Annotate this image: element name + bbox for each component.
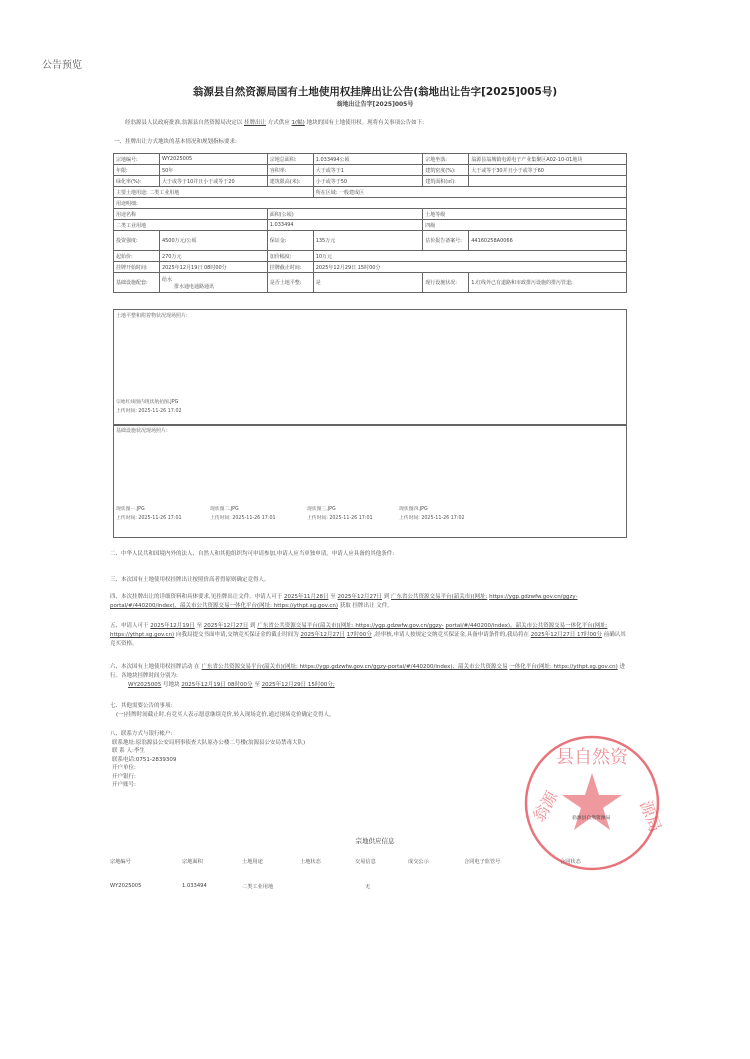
infra-photos-box: 基础设施状况现场照片: 现状图一.JPG 上传时间: 2025-11-26 17… (113, 424, 627, 538)
infra-photo-file[interactable]: 现状图三.JPG 上传时间: 2025-11-26 17:01 (307, 505, 373, 523)
intro-count: 1(幅) (292, 120, 305, 126)
table-row: 挂牌开始时间: 2025年12月19日 08时00分 挂牌截止时间: 2025年… (114, 262, 627, 273)
section-1-title: 一、挂牌出让方式地块的基本情况和规划指标要求: (114, 137, 237, 145)
ground-photo-name[interactable]: 宗地红线图内现状航拍图.JPG (116, 398, 182, 407)
s5-deadline-time: 17时00分 (347, 632, 372, 638)
leveled: 是 (313, 273, 423, 293)
increment-label: 加价幅度: (267, 251, 313, 262)
section-6: 六、本次国有土地使用权挂牌活动 在 广东省公共资源交易平台(韶关市)(网址: h… (110, 663, 630, 690)
total-area: 1.033494公顷 (313, 154, 423, 165)
build-area-label: 建筑面积(㎡): (423, 176, 469, 187)
zone-cell: 所在区域: 一般建成区 (313, 187, 626, 198)
intro-middle: 方式供应 (268, 120, 290, 126)
appraisal-label: 估价报告备案号: (423, 231, 469, 251)
infra-photo-name[interactable]: 现状图四.JPG (399, 505, 465, 514)
start-price: 270万元 (159, 251, 267, 262)
s5-date-end: 2025年12月27日 (204, 623, 249, 629)
contact-block: 八、联系方式与银行帐户: 联系地址:原翁源县公安局刑事侦查大队原办公楼二号楼(翁… (110, 730, 305, 790)
main-use-cell: 主要土地用途: 二类工业用地 (114, 187, 314, 198)
infra-line-2: 排水通电通路通讯 (162, 283, 265, 290)
infra-photo-name[interactable]: 现状图三.JPG (307, 505, 373, 514)
section-2: 二、中华人民共和国境内外的法人、自然人和其他组织均可申请参加,申请人应当单独申请… (110, 550, 630, 559)
height: 小于或等于50 (313, 176, 423, 187)
supply-area: 1.033494 (182, 883, 207, 889)
location-label: 宗地坐落: (423, 154, 469, 165)
listing-end: 2025年12月29日 15时00分 (313, 262, 626, 273)
use-detail-label: 用途明细: (114, 198, 627, 209)
supply-header: 交易信息 (355, 858, 376, 865)
official-seal-icon: 县自然资 翁源 源局 (522, 733, 662, 873)
green-label: 绿化率(%): (114, 176, 160, 187)
s6-platform-link[interactable]: 广东省公共资源交易平台(韶关市)(网址: https://ygp.gdzwfw.… (202, 664, 508, 670)
infra-cell: 给水 排水通电通路通讯 (159, 273, 267, 293)
supply-header: 合同状态 (560, 858, 581, 865)
s4-date-end: 2025年12月27日 (338, 594, 383, 600)
s4-text: 四、本次挂牌出让的详细资料和具体要求,见挂牌出让文件。申请人可于 (110, 594, 282, 600)
increment: 10万元 (313, 251, 626, 262)
invest-label: 投资强度: (114, 231, 160, 251)
table-row: 投资强度: 4500万元/公顷 保证金: 135万元 估价报告备案号: 4416… (114, 231, 627, 251)
density-label: 建筑密度(%): (423, 165, 469, 176)
s5-mid2: ,经审核,申请人按规定交纳竞买保证金,具备申请条件的,我局将在 (373, 632, 529, 638)
intro-suffix: 地块的国有土地使用权。现将有关事项公告如下: (307, 120, 424, 126)
supply-header: 宗地编号 (110, 858, 131, 865)
seal-text: 翁源县自然资源局 (572, 814, 610, 821)
section-7-title: 七、其他需要公告的事项: (110, 702, 630, 711)
appraisal: 44160258A0066 (469, 231, 627, 251)
infra-photo-file[interactable]: 现状图四.JPG 上传时间: 2025-11-26 17:02 (399, 505, 465, 523)
s5-confirm-time: 2025年12月27日 17时00分 (531, 632, 602, 638)
use-name-header: 用途名称 (114, 209, 268, 220)
contact-title: 八、联系方式与银行帐户: (110, 730, 305, 739)
infra-photo-time: 上传时间: 2025-11-26 17:01 (210, 514, 276, 523)
parcel-no: WY2025005 (159, 154, 267, 165)
ground-photos-title: 土地平整和附着物状况现场照片: (116, 312, 188, 319)
infra-photo-file[interactable]: 现状图一.JPG 上传时间: 2025-11-26 17:01 (116, 505, 182, 523)
table-row: 宗地编号: WY2025005 宗地总面积: 1.033494公顷 宗地坐落: … (114, 154, 627, 165)
s4-date-start: 2025年11月28日 (284, 594, 329, 600)
term-label: 年限: (114, 165, 160, 176)
use-area: 1.033494 (267, 220, 423, 231)
ground-photo-time: 上传时间: 2025-11-26 17:02 (116, 407, 182, 416)
location: 翁源县翁城镇电源电子产业集聚区A02-10-01地块 (469, 154, 627, 165)
infra-label: 基础设施配套: (114, 273, 160, 293)
start-price-label: 起始价: (114, 251, 160, 262)
far-label: 容积率: (267, 165, 313, 176)
intro-method: 挂牌出让 (244, 120, 266, 126)
account-bank: 开户银行: (110, 773, 305, 782)
s5-platform-link[interactable]: 广东省公共资源交易平台(韶关市)(网址: https://ygp.gdzwfw.… (257, 623, 444, 629)
supply-header: 宗地面积 (182, 858, 203, 865)
main-use: 二类工业用地 (149, 190, 179, 196)
table-row: 起始价: 270万元 加价幅度: 10万元 (114, 251, 627, 262)
use-name: 二类工业用地 (114, 220, 268, 231)
s5-at: 到 (250, 623, 256, 629)
current-facility: 1.红线外已有道路和市政排污设施的排污管道; (469, 273, 627, 293)
deposit-label: 保证金: (267, 231, 313, 251)
listing-start: 2025年12月19日 08时00分 (159, 262, 267, 273)
table-row: 主要土地用途: 二类工业用地 所在区域: 一般建成区 (114, 187, 627, 198)
s6-platform2-link[interactable]: 一体化平台(网址: https://ythpt.sg.gov.cn) (509, 664, 617, 670)
s5-text: 五、申请人可于 (110, 623, 149, 629)
deposit: 135万元 (313, 231, 423, 251)
s5-date-start: 2025年12月19日 (150, 623, 195, 629)
table-row: 基础设施配套: 给水 排水通电通路通讯 是否土地平整: 是 现行设施状况: 1.… (114, 273, 627, 293)
s5-to: 至 (197, 623, 203, 629)
term: 50年 (159, 165, 267, 176)
zone-label: 所在区域: (316, 190, 338, 196)
infra-photo-name[interactable]: 现状图一.JPG (116, 505, 182, 514)
section-3: 三、本次国有土地使用权挂牌出让按照价高者得原则确定竞得人。 (110, 576, 630, 585)
infra-photo-file[interactable]: 现状图二.JPG 上传时间: 2025-11-26 17:01 (210, 505, 276, 523)
total-area-label: 宗地总面积: (267, 154, 313, 165)
table-row: 用途名称 面积(公顷) 土地等级 (114, 209, 627, 220)
current-facility-label: 现行设施状况: (423, 273, 469, 293)
s6-parcel: WY2025005 (128, 682, 161, 688)
s6-end: 2025年12月29日 15时00分; (262, 682, 335, 688)
section-7-item-1: (一)挂牌时间截止时,有竞买人表示愿意继续竞价,转入现场竞价,通过现场竞价确定竞… (116, 711, 636, 720)
s6-start: 2025年12月19日 08时00分 (181, 682, 252, 688)
listing-end-label: 挂牌截止时间: (267, 262, 313, 273)
infra-line-1: 给水 (162, 276, 265, 283)
supply-parcel-no: WY2025005 (110, 883, 141, 889)
contact-person: 联 系 人:李生 (110, 747, 305, 756)
supply-header: 成交公示 (408, 858, 429, 865)
table-row: 绿化率(%): 大于或等于10并且小于或等于20 建筑限高(米): 小于或等于5… (114, 176, 627, 187)
infra-photo-time: 上传时间: 2025-11-26 17:01 (116, 514, 182, 523)
infra-photo-name[interactable]: 现状图二.JPG (210, 505, 276, 514)
invest: 4500万元/公顷 (159, 231, 267, 251)
account-number: 开户账号: (110, 781, 305, 790)
land-grade-header: 土地等级 (423, 209, 627, 220)
supply-use: 二类工业用地 (242, 883, 273, 890)
s4-to: 至 (330, 594, 336, 600)
supply-header: 土地用途 (242, 858, 263, 865)
leveled-label: 是否土地平整: (267, 273, 313, 293)
table-row: 用途明细: (114, 198, 627, 209)
s6-text: 六、本次国有土地使用权挂牌活动 在 (110, 664, 200, 670)
supply-header: 合同电子监管号 (464, 858, 500, 865)
section-4: 四、本次挂牌出让的详细资料和具体要求,见挂牌出让文件。申请人可于 2025年11… (110, 593, 630, 611)
document-title: 翁源县自然资源局国有土地使用权挂牌出让公告(翁地出让告字[2025]005号) (0, 84, 750, 99)
s4-end: 获取 挂牌出让 文件。 (340, 603, 393, 609)
height-label: 建筑限高(米): (267, 176, 313, 187)
account-unit: 开户单位: (110, 764, 305, 773)
s6-parcel-suffix: 号地块 (163, 682, 180, 688)
infra-photos-title: 基础设施状况现场照片: (116, 427, 168, 434)
svg-text:翁源: 翁源 (529, 787, 562, 825)
supply-info-title: 宗地供应信息 (0, 836, 750, 845)
section-5: 五、申请人可于 2025年12月19日 至 2025年12月27日 到 广东省公… (110, 622, 630, 649)
green: 大于或等于10并且小于或等于20 (159, 176, 267, 187)
supply-trade-info: 无 (365, 883, 370, 890)
ground-photos-box: 土地平整和附着物状况现场照片: 宗地红线图内现状航拍图.JPG 上传时间: 20… (113, 309, 627, 426)
far: 大于或等于1 (313, 165, 423, 176)
parcel-no-label: 宗地编号: (114, 154, 160, 165)
infra-photo-time: 上传时间: 2025-11-26 17:01 (307, 514, 373, 523)
use-area-header: 面积(公顷) (267, 209, 423, 220)
parcel-info-table: 宗地编号: WY2025005 宗地总面积: 1.033494公顷 宗地坐落: … (113, 153, 627, 293)
document-subtitle: 翁地出让告字[2025]005号 (0, 99, 750, 108)
table-row: 二类工业用地 1.033494 四级 (114, 220, 627, 231)
contact-phone: 联系电话:0751-2839309 (110, 756, 305, 765)
listing-start-label: 挂牌开始时间: (114, 262, 160, 273)
s4-at: 到 (384, 594, 390, 600)
s4-platform-link[interactable]: 广东省公共资源交易平台(韶关市)(网址: (391, 594, 487, 600)
contact-address: 联系地址:原翁源县公安局刑事侦查大队原办公楼二号楼(翁源县公安局禁毒大队) (110, 739, 305, 748)
s6-to: 至 (254, 682, 260, 688)
supply-header: 土地状态 (300, 858, 321, 865)
preview-label: 公告预览 (42, 56, 82, 71)
table-row: 年限: 50年 容积率: 大于或等于1 建筑密度(%): 大于或等于30并且小于… (114, 165, 627, 176)
land-grade: 四级 (423, 220, 627, 231)
zone: 一般建成区 (339, 190, 364, 196)
density: 大于或等于30并且小于或等于60 (469, 165, 627, 176)
intro-prefix: 经翁源县人民政府批准,翁源县自然资源局决定以 (125, 120, 242, 126)
svg-text:县自然资: 县自然资 (556, 747, 629, 768)
build-area (469, 176, 627, 187)
s5-mid: 向我局提交书面申请,交纳竞买保证金的截止时间为 (176, 632, 299, 638)
intro-paragraph: 经翁源县人民政府批准,翁源县自然资源局决定以 挂牌出让 方式供应 1(幅) 地块… (125, 118, 424, 126)
infra-photo-time: 上传时间: 2025-11-26 17:02 (399, 514, 465, 523)
main-use-label: 主要土地用途: (116, 190, 148, 196)
s6-schedule: WY2025005 号地块 2025年12月19日 08时00分 至 2025年… (110, 681, 630, 690)
s5-deadline: 2025年12月27日 (300, 632, 345, 638)
ground-photo-file[interactable]: 宗地红线图内现状航拍图.JPG 上传时间: 2025-11-26 17:02 (116, 398, 182, 416)
